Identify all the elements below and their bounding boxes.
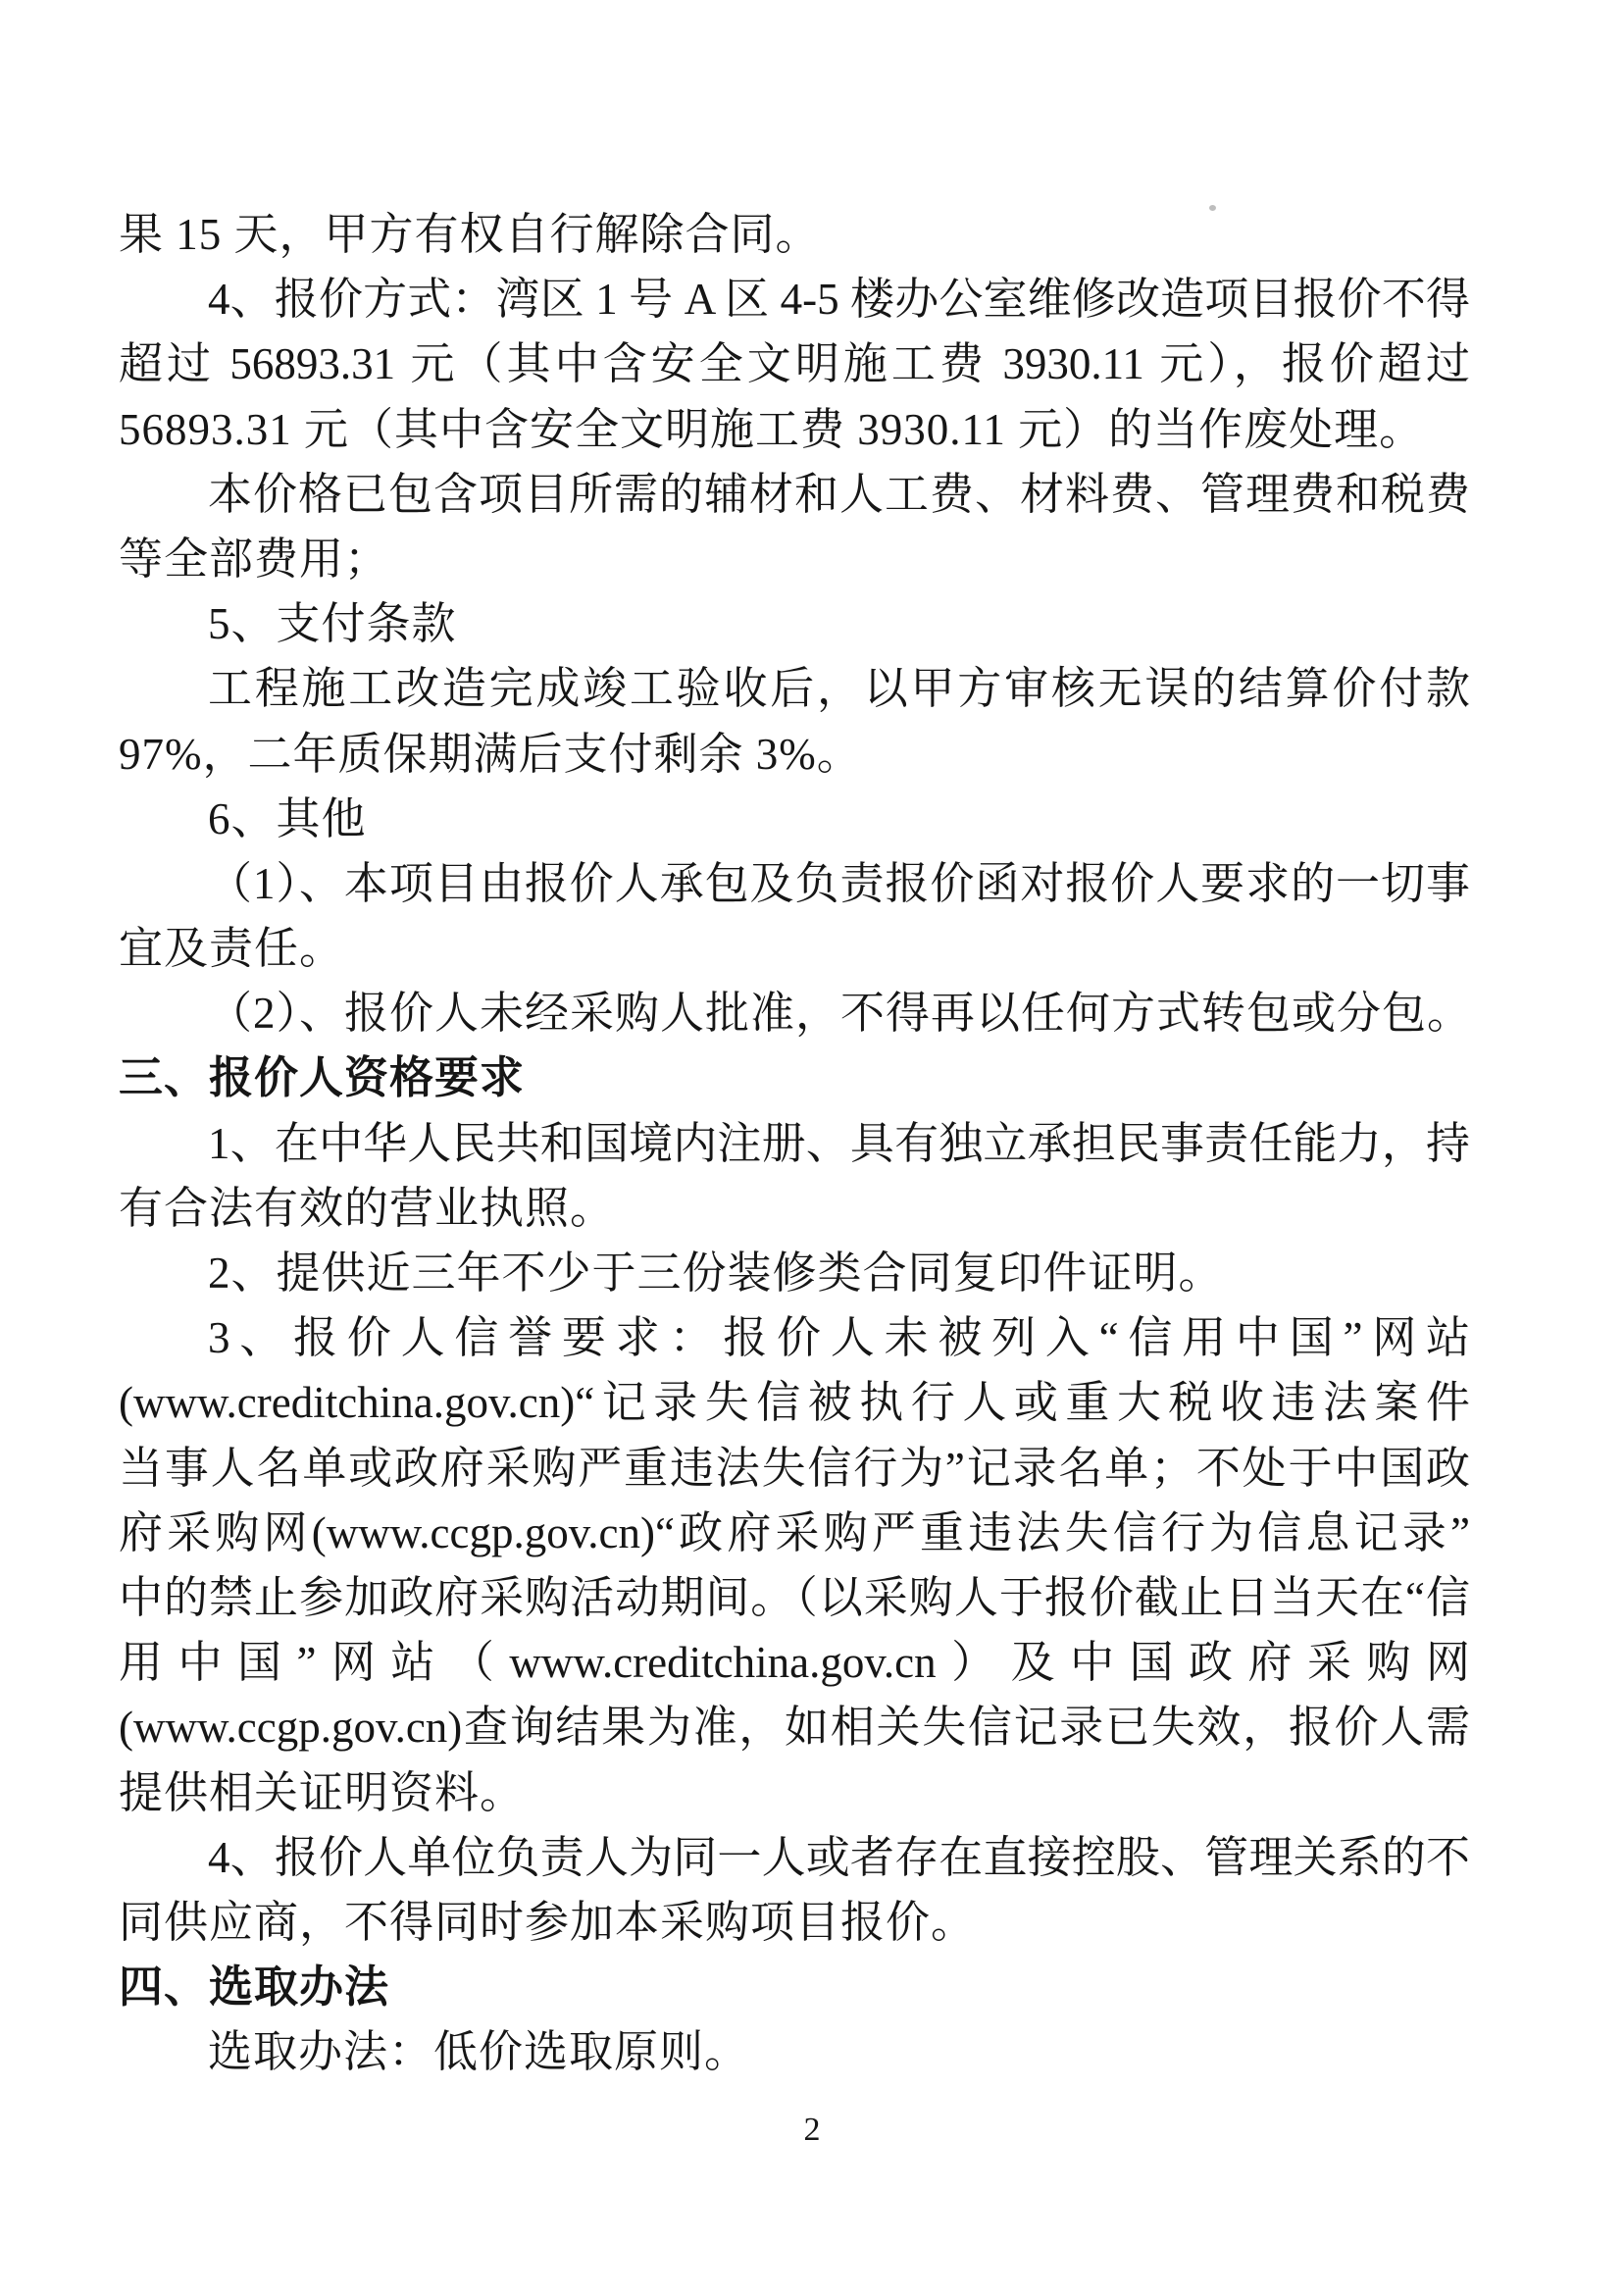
paragraph-line: 1、在中华人民共和国境内注册、具有独立承担民事责任能力，持 xyxy=(119,1111,1470,1176)
paragraph-line: 97%，二年质保期满后支付剩余 3%。 xyxy=(119,722,1470,787)
paragraph-line: 2、提供近三年不少于三份装修类合同复印件证明。 xyxy=(119,1241,1470,1305)
paragraph-line: （2）、报价人未经采购人批准，不得再以任何方式转包或分包。 xyxy=(119,981,1470,1045)
paragraph-line: 同供应商，不得同时参加本采购项目报价。 xyxy=(119,1890,1470,1955)
paragraph-line: 选取办法：低价选取原则。 xyxy=(119,2019,1470,2084)
scanned-document-page: 果 15 天，甲方有权自行解除合同。 4、报价方式：湾区 1 号 A 区 4-5… xyxy=(0,0,1624,2293)
section-heading-qualifications: 三、报价人资格要求 xyxy=(119,1045,1470,1110)
paragraph-line: 中的禁止参加政府采购活动期间。（以采购人于报价截止日当天在“信 xyxy=(119,1565,1470,1630)
page-number: 2 xyxy=(0,2111,1624,2150)
paragraph-line-url: 府采购网(www.ccgp.gov.cn)“政府采购严重违法失信行为信息记录” xyxy=(119,1501,1470,1565)
paragraph-line: 提供相关证明资料。 xyxy=(119,1760,1470,1825)
document-body: 果 15 天，甲方有权自行解除合同。 4、报价方式：湾区 1 号 A 区 4-5… xyxy=(119,202,1470,2084)
paragraph-line: 宜及责任。 xyxy=(119,916,1470,981)
clause-heading-payment: 5、支付条款 xyxy=(119,591,1470,656)
paragraph-line: 等全部费用； xyxy=(119,527,1470,591)
paragraph-line-url: (www.creditchina.gov.cn)“记录失信被执行人或重大税收违法… xyxy=(119,1370,1470,1435)
clause-heading-other: 6、其他 xyxy=(119,787,1470,851)
paragraph-line: 超过 56893.31 元（其中含安全文明施工费 3930.11 元），报价超过 xyxy=(119,331,1470,396)
paragraph-line: （1）、本项目由报价人承包及负责报价函对报价人要求的一切事 xyxy=(119,851,1470,916)
paragraph-line: 果 15 天，甲方有权自行解除合同。 xyxy=(119,202,1470,267)
paragraph-line-url: 用中国”网站（www.creditchina.gov.cn）及中国政府采购网 xyxy=(119,1630,1470,1695)
section-heading-selection-method: 四、选取办法 xyxy=(119,1955,1470,2019)
paragraph-line: 4、报价人单位负责人为同一人或者存在直接控股、管理关系的不 xyxy=(119,1825,1470,1890)
paragraph-line: 4、报价方式：湾区 1 号 A 区 4-5 楼办公室维修改造项目报价不得 xyxy=(119,267,1470,331)
paragraph-line: 有合法有效的营业执照。 xyxy=(119,1176,1470,1241)
paragraph-line: 3、报价人信誉要求：报价人未被列入“信用中国”网站 xyxy=(119,1305,1470,1370)
paragraph-line-url: (www.ccgp.gov.cn)查询结果为准，如相关失信记录已失效，报价人需 xyxy=(119,1695,1470,1759)
paragraph-line: 工程施工改造完成竣工验收后，以甲方审核无误的结算价付款 xyxy=(119,656,1470,721)
paragraph-line: 当事人名单或政府采购严重违法失信行为”记录名单；不处于中国政 xyxy=(119,1436,1470,1501)
paragraph-line: 本价格已包含项目所需的辅材和人工费、材料费、管理费和税费 xyxy=(119,462,1470,527)
paragraph-line: 56893.31 元（其中含安全文明施工费 3930.11 元）的当作废处理。 xyxy=(119,397,1470,462)
